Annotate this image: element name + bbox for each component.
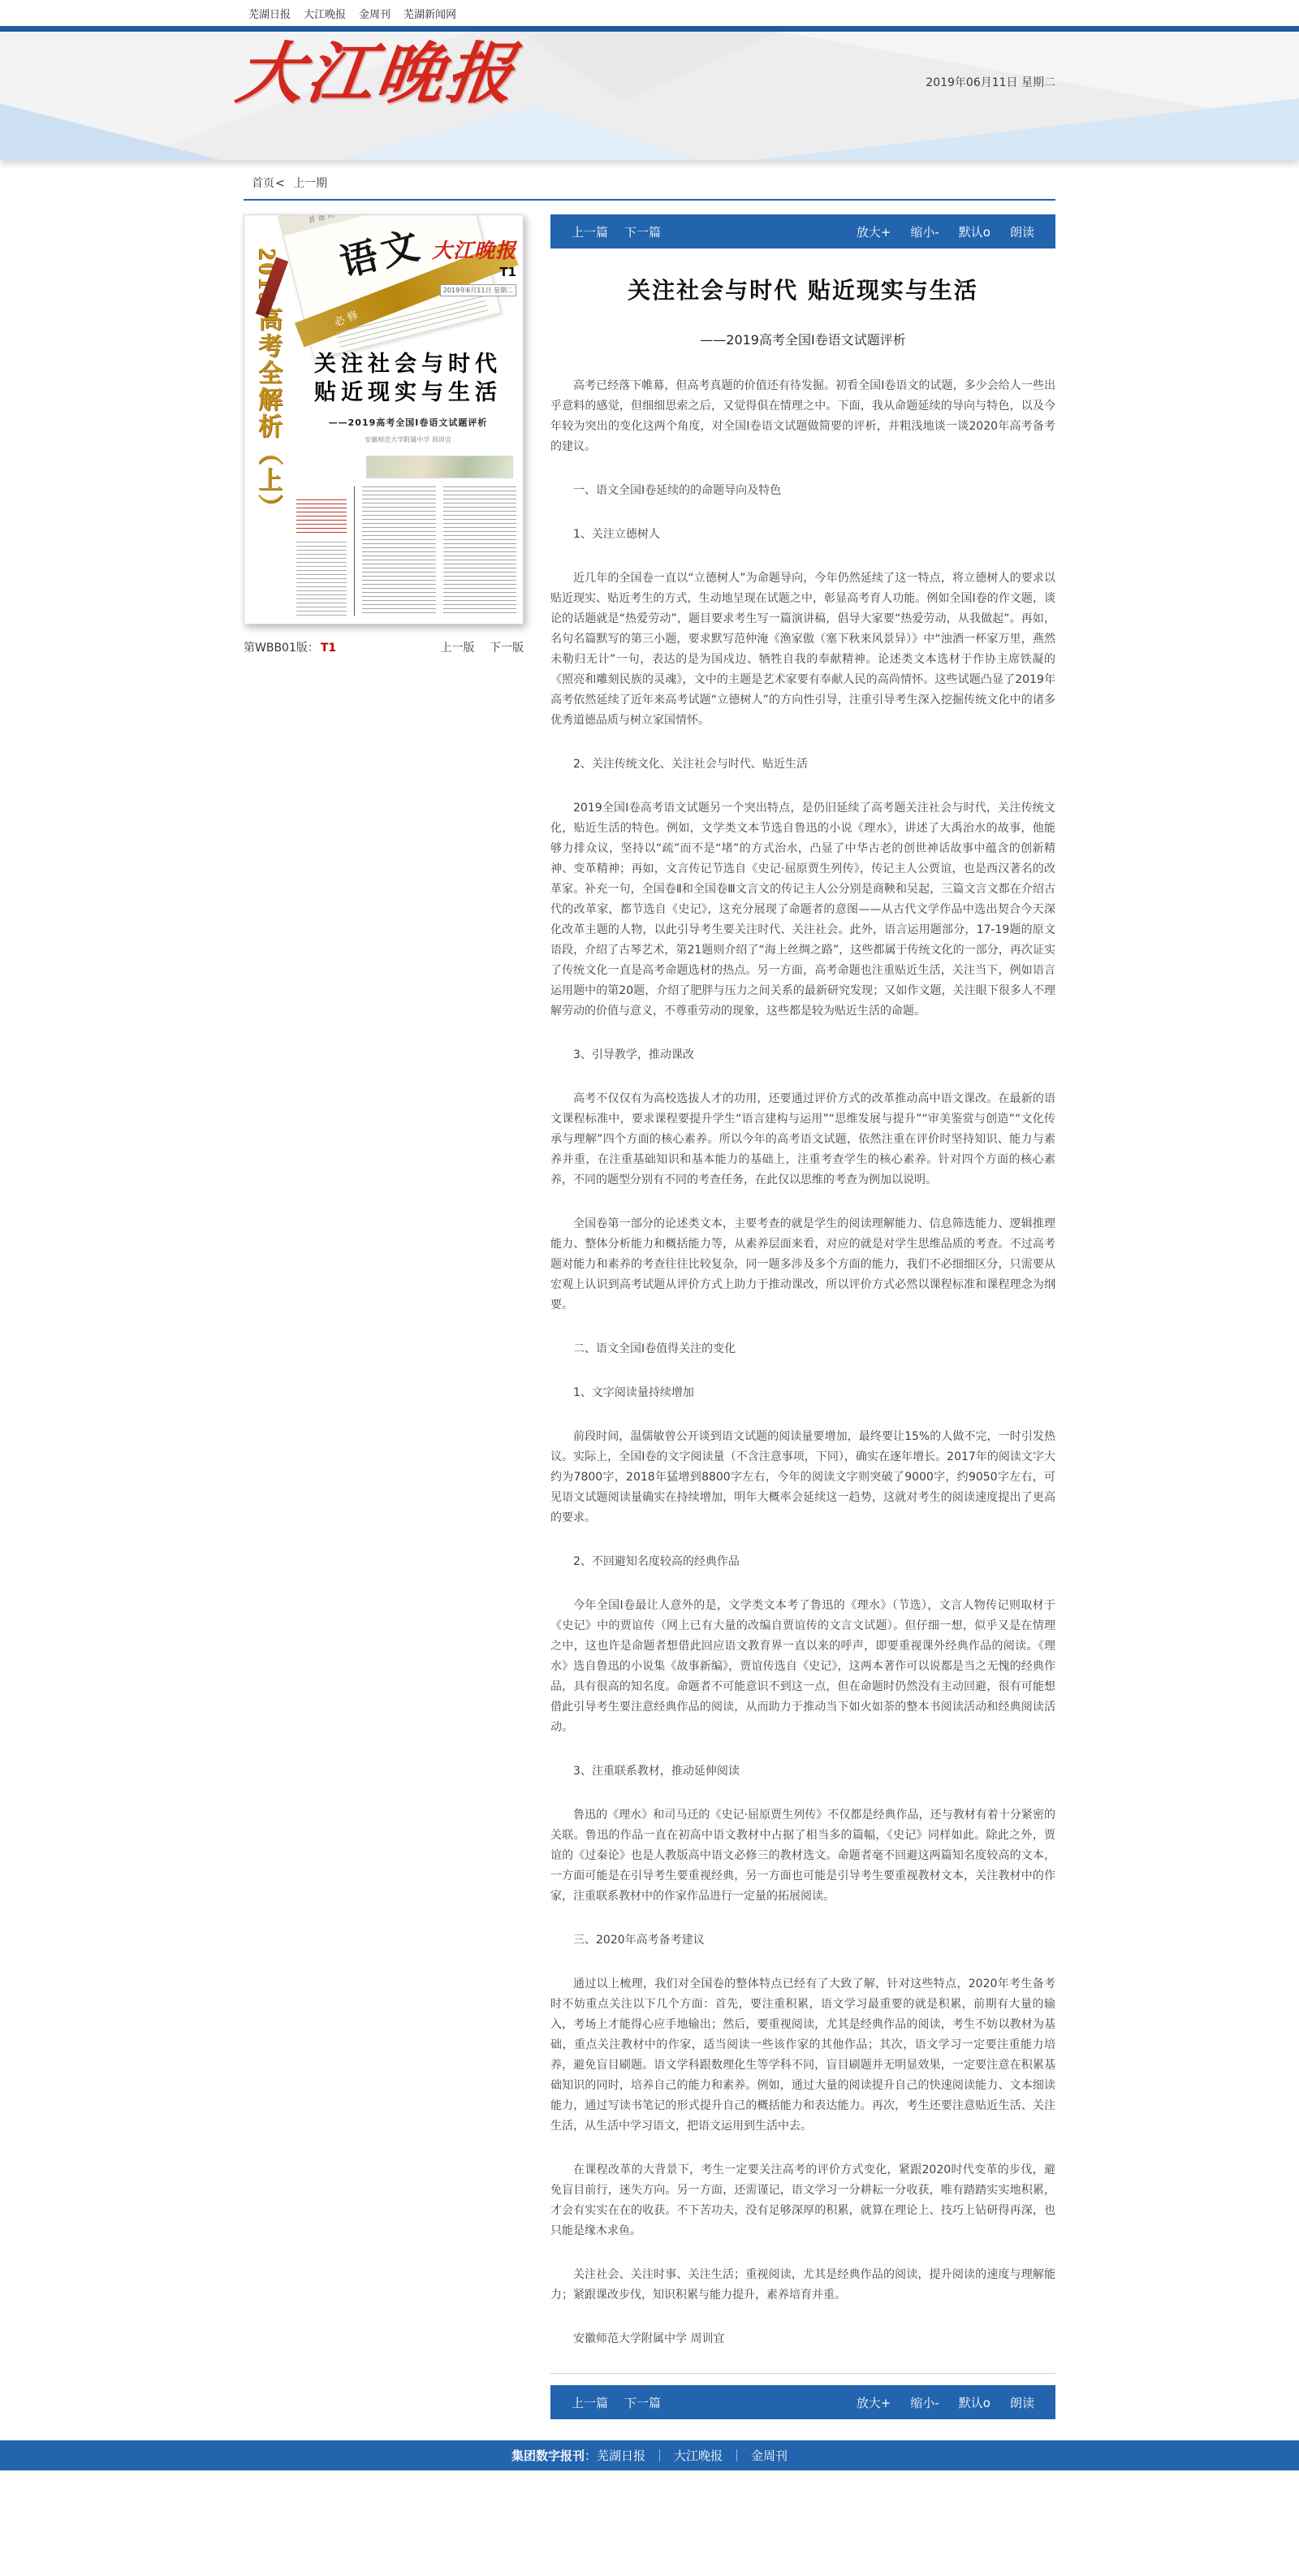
content-area: 首页< 上一期 2019高考全解析（上） 普通高中课程标准 语文 必修 1 大江…: [244, 160, 1055, 2419]
article-paragraph: 前段时间，温儒敏曾公开谈到语文试题的阅读量要增加，最终要让15%的人做不完，一时…: [550, 1427, 1055, 1528]
zoom-default-button[interactable]: 默认o: [959, 2394, 990, 2411]
breadcrumb-separator: <: [275, 177, 285, 190]
zoom-out-button[interactable]: 缩小-: [910, 2394, 939, 2411]
paper-edition-code: T1: [499, 265, 516, 279]
page-label: 第WBB01版：: [244, 642, 319, 655]
zoom-in-button[interactable]: 放大+: [857, 223, 891, 240]
footer-link-gold-weekly[interactable]: 金周刊: [751, 2447, 788, 2464]
top-link-dajiang-evening[interactable]: 大江晚报: [304, 6, 346, 21]
paper-headline-line1: 关注社会与时代: [298, 350, 518, 378]
article-paragraph: 二、语文全国Ⅰ卷值得关注的变化: [550, 1339, 1055, 1359]
toolbar-nav-group: 上一篇 下一篇: [572, 223, 661, 240]
next-article-button[interactable]: 下一篇: [624, 223, 661, 240]
next-article-button[interactable]: 下一篇: [624, 2394, 661, 2411]
article-paragraph: 1、关注立德树人: [550, 525, 1055, 545]
paper-headline: 关注社会与时代 贴近现实与生活 ——2019高考全国Ⅰ卷语文试题评析 安徽师范大…: [298, 350, 518, 444]
article-subtitle: ——2019高考全国Ⅰ卷语文试题评析: [550, 330, 1055, 348]
zoom-in-button[interactable]: 放大+: [857, 2394, 891, 2411]
article-paragraph: 3、注重联系教材，推动延伸阅读: [550, 1761, 1055, 1782]
article-paragraph: 3、引导教学，推动课改: [550, 1045, 1055, 1065]
read-aloud-button[interactable]: 朗读: [1010, 2394, 1034, 2411]
page-code: T1: [321, 642, 336, 655]
article-toolbar-bottom: 上一篇 下一篇 放大+ 缩小- 默认o 朗读: [550, 2385, 1055, 2419]
page-caption: 第WBB01版：T1: [244, 639, 336, 655]
article-paragraph: 在课程改革的大背景下，考生一定要关注高考的评价方式变化，紧跟2020时代变革的步…: [550, 2160, 1055, 2241]
paper-column-rule: [354, 486, 355, 616]
next-page-link[interactable]: 下一版: [490, 642, 524, 655]
top-link-wuhu-daily[interactable]: 芜湖日报: [248, 6, 291, 21]
paper-masthead-logo: 大江晚报: [432, 240, 516, 262]
top-link-wuhu-news[interactable]: 芜湖新闻网: [404, 6, 456, 21]
site-footer: 集团数字报刊： 芜湖日报 ｜ 大江晚报 ｜ 金周刊: [0, 2440, 1299, 2470]
newspaper-logo[interactable]: 大江晚报: [232, 33, 522, 117]
masthead-header: 大江晚报 2019年06月11日 星期二: [0, 32, 1299, 160]
article-paragraph: 三、2020年高考备考建议: [550, 1930, 1055, 1951]
paper-text-column: [443, 486, 517, 616]
article-paragraph: 2、关注传统文化、关注社会与时代、贴近生活: [550, 754, 1055, 775]
footer-link-dajiang-evening[interactable]: 大江晚报: [674, 2447, 723, 2464]
article-paragraph: 高考不仅仅有为高校选拔人才的功用，还要通过评价方式的改革推动高中语文课改。在最新…: [550, 1089, 1055, 1191]
article-paragraph: 安徽师范大学附属中学 周训宜: [550, 2329, 1055, 2349]
article-paragraph: 1、文字阅读量持续增加: [550, 1383, 1055, 1403]
article-toolbar-top: 上一篇 下一篇 放大+ 缩小- 默认o 朗读: [550, 214, 1055, 249]
page-nav-links: 上一版 下一版: [429, 639, 524, 655]
article-paragraph: 高考已经落下帷幕，但高考真题的价值还有待发掘。初看全国Ⅰ卷语文的试题，多少会给人…: [550, 376, 1055, 457]
article-paragraph: 通过以上梳理，我们对全国卷的整体特点已经有了大致了解，针对这些特点，2020年考…: [550, 1974, 1055, 2137]
paper-photo-strip: [366, 456, 513, 478]
zoom-default-button[interactable]: 默认o: [959, 223, 990, 240]
newspaper-page-thumbnail[interactable]: 2019高考全解析（上） 普通高中课程标准 语文 必修 1 大江晚报T1 201…: [244, 214, 524, 625]
paper-left-mini-column: [296, 486, 347, 616]
zoom-out-button[interactable]: 缩小-: [910, 223, 939, 240]
read-aloud-button[interactable]: 朗读: [1010, 223, 1034, 240]
paper-body-columns: [296, 486, 516, 616]
breadcrumb-prev-issue-link[interactable]: 上一期: [293, 177, 327, 190]
paper-headline-line2: 贴近现实与生活: [298, 378, 518, 407]
footer-colon: ：: [585, 2447, 597, 2464]
article-paragraph: 一、语文全国Ⅰ卷延续的的命题导向及特色: [550, 481, 1055, 501]
breadcrumb: 首页< 上一期: [244, 168, 1055, 201]
paper-masthead-date: 2019年6月11日 星期二: [440, 284, 516, 296]
paper-subtitle: ——2019高考全国Ⅰ卷语文试题评析: [298, 416, 518, 429]
article-paragraph: 关注社会、关注时事、关注生活；重视阅读，尤其是经典作品的阅读，提升阅读的速度与理…: [550, 2265, 1055, 2306]
article-paragraph: 今年全国Ⅰ卷最让人意外的是，文学类文本考了鲁迅的《理水》（节选），文言人物传记则…: [550, 1596, 1055, 1738]
page-caption-row: 第WBB01版：T1 上一版 下一版: [244, 639, 524, 655]
top-link-gold-weekly[interactable]: 金周刊: [359, 6, 391, 21]
footer-separator: ｜: [654, 2447, 666, 2464]
paper-masthead: 大江晚报T1 2019年6月11日 星期二: [419, 235, 516, 296]
article-paragraph: 2019全国Ⅰ卷高考语文试题另一个突出特点，是仍旧延续了高考题关注社会与时代，关…: [550, 798, 1055, 1022]
article-title: 关注社会与时代 贴近现实与生活: [550, 273, 1055, 305]
prev-page-link[interactable]: 上一版: [441, 642, 475, 655]
toolbar-nav-group: 上一篇 下一篇: [572, 2394, 661, 2411]
top-blue-strip: [0, 26, 1299, 32]
footer-link-wuhu-daily[interactable]: 芜湖日报: [597, 2447, 645, 2464]
article-panel: 上一篇 下一篇 放大+ 缩小- 默认o 朗读 关注社会与时代 贴近现实与生活 —…: [550, 214, 1055, 2419]
article-paragraph: 2、不回避知名度较高的经典作品: [550, 1552, 1055, 1572]
paper-text-column: [362, 486, 436, 616]
toolbar-tools-group: 放大+ 缩小- 默认o 朗读: [857, 2394, 1034, 2411]
paper-byline: 安徽师范大学附属中学 周训宜: [298, 435, 518, 444]
article-body: 高考已经落下帷幕，但高考真题的价值还有待发掘。初看全国Ⅰ卷语文的试题，多少会给人…: [550, 376, 1055, 2349]
left-panel: 2019高考全解析（上） 普通高中课程标准 语文 必修 1 大江晚报T1 201…: [244, 214, 526, 655]
top-nav: 芜湖日报 大江晚报 金周刊 芜湖新闻网: [0, 0, 1299, 26]
article-paragraph: 鲁迅的《理水》和司马迁的《史记·屈原贾生列传》不仅都是经典作品，还与教材有着十分…: [550, 1805, 1055, 1907]
prev-article-button[interactable]: 上一篇: [572, 2394, 608, 2411]
issue-date: 2019年06月11日 星期二: [926, 74, 1055, 90]
footer-label: 集团数字报刊: [511, 2447, 585, 2464]
two-column-layout: 2019高考全解析（上） 普通高中课程标准 语文 必修 1 大江晚报T1 201…: [244, 201, 1055, 2419]
article-paragraph: 近几年的全国卷一直以“立德树人”为命题导向，今年仍然延续了这一特点，将立德树人的…: [550, 568, 1055, 731]
paper-gray-text-lines: [296, 542, 347, 616]
article-bottom-divider: [550, 2373, 1055, 2374]
article-paragraph: 全国卷第一部分的论述类文本，主要考查的就是学生的阅读理解能力、信息筛选能力、逻辑…: [550, 1214, 1055, 1316]
paper-red-text-lines: [296, 499, 347, 535]
toolbar-tools-group: 放大+ 缩小- 默认o 朗读: [857, 223, 1034, 240]
footer-separator: ｜: [731, 2447, 743, 2464]
prev-article-button[interactable]: 上一篇: [572, 223, 608, 240]
breadcrumb-home-link[interactable]: 首页: [252, 177, 274, 190]
